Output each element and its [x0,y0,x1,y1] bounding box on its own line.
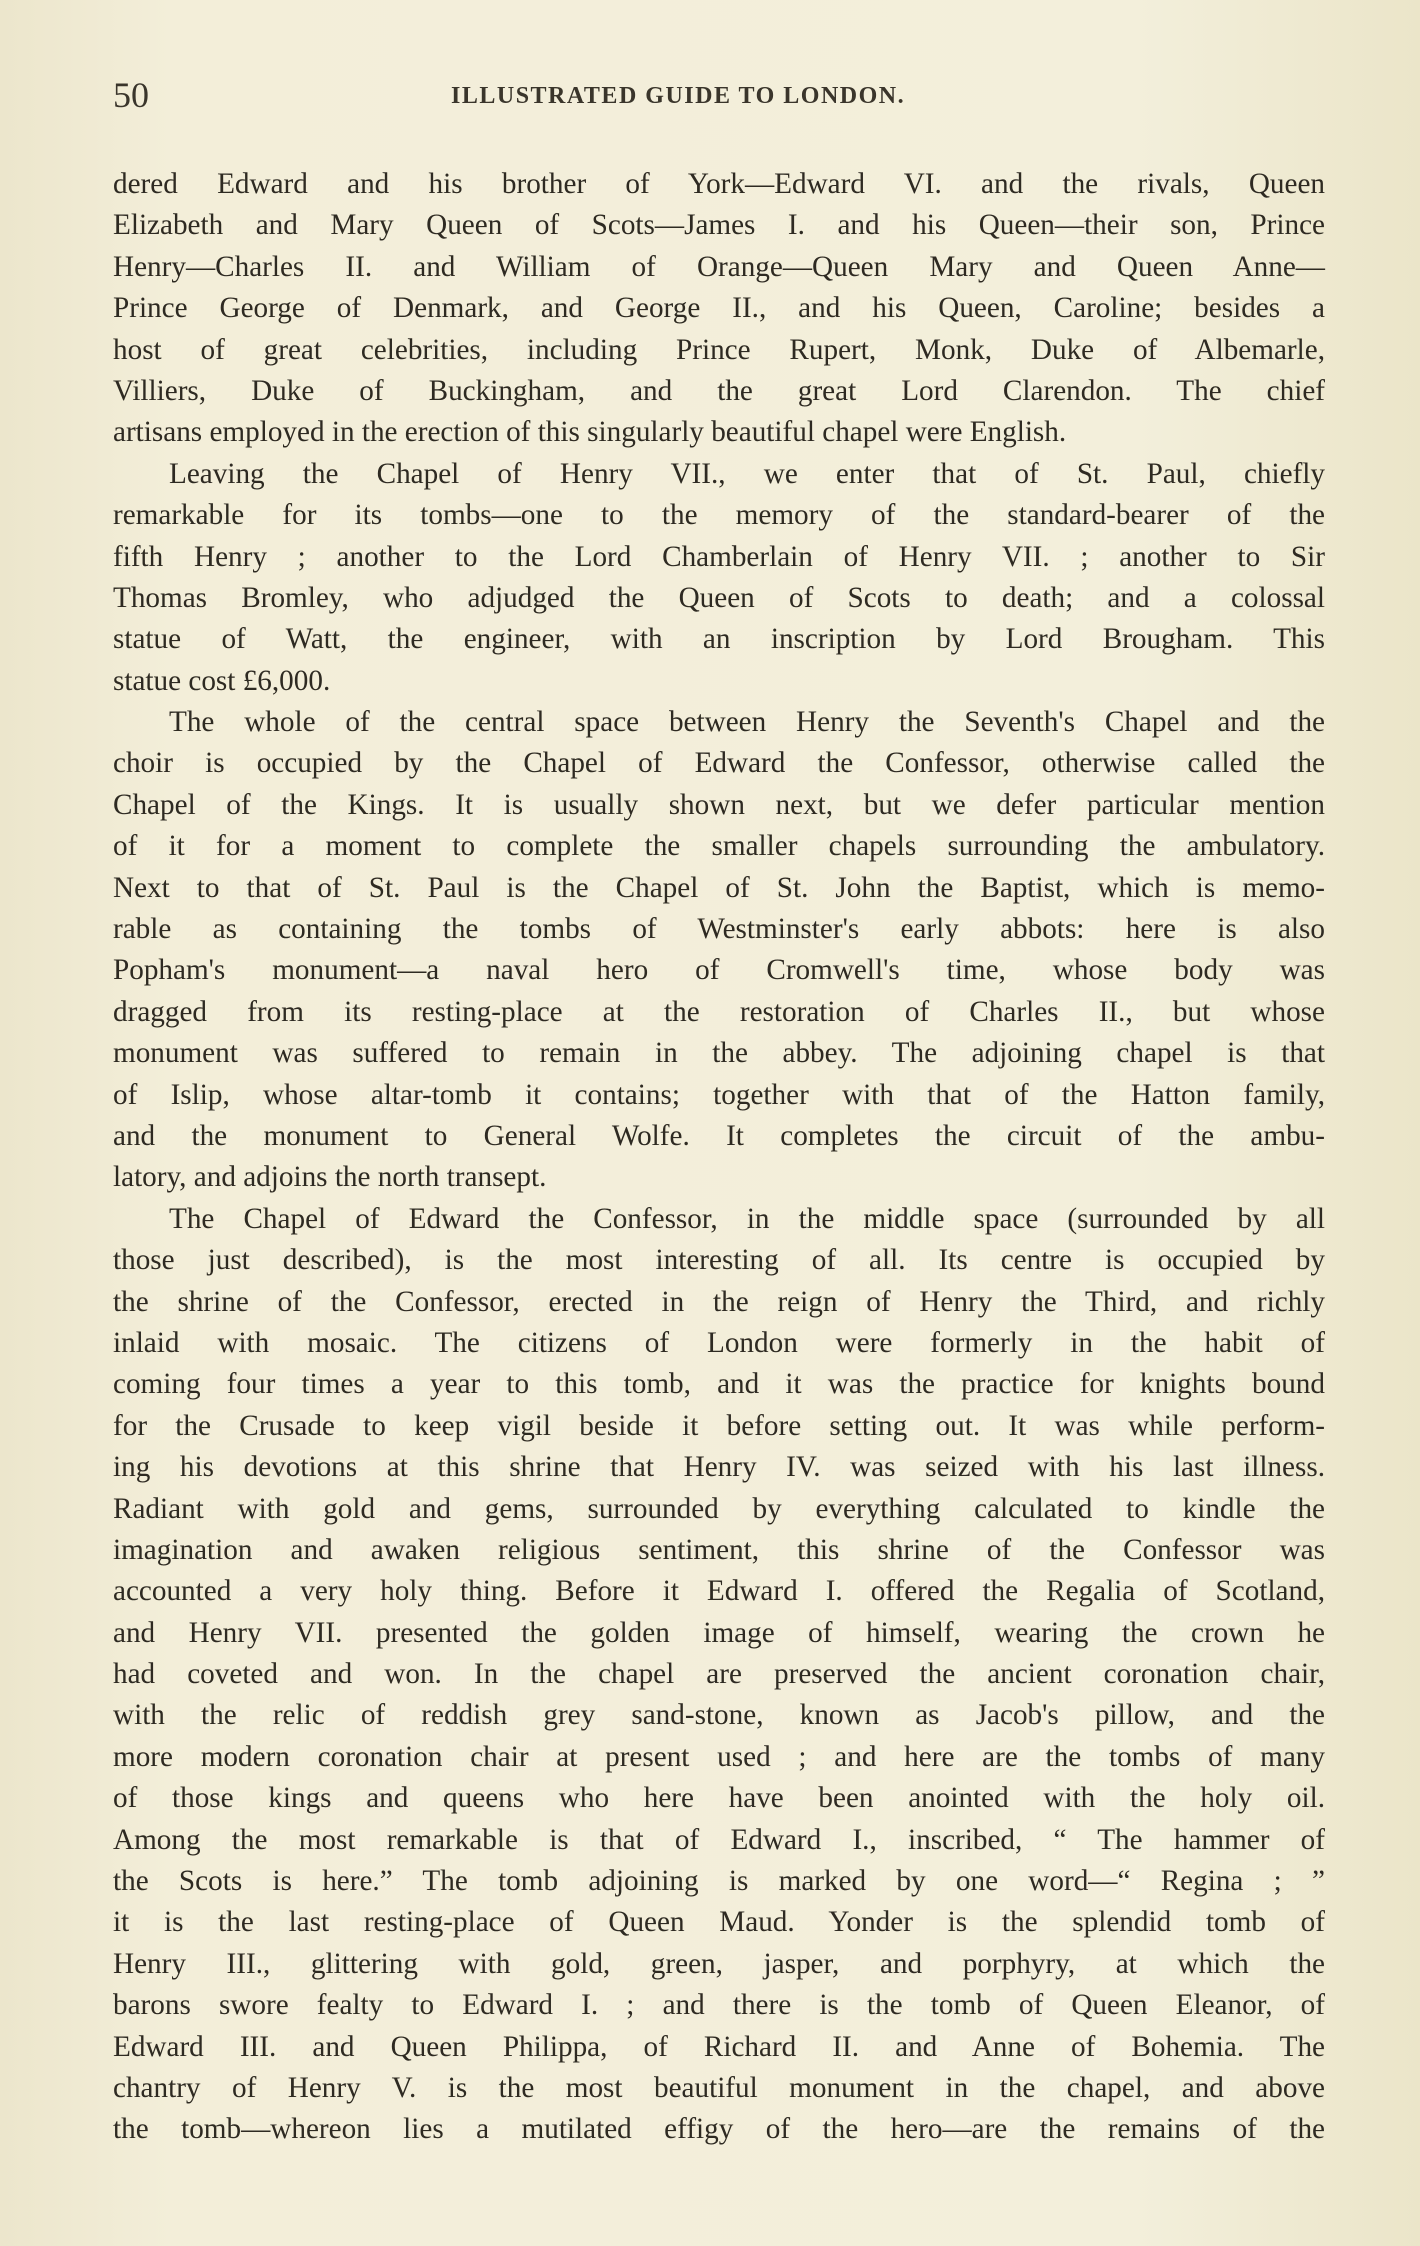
text-line: and Henry VII. presented the golden imag… [113,1613,1325,1654]
text-line: Villiers, Duke of Buckingham, and the gr… [113,371,1325,412]
text-line: had coveted and won. In the chapel are p… [113,1654,1325,1695]
paragraph: Leaving the Chapel of Henry VII., we ent… [113,454,1325,702]
text-line: Chapel of the Kings. It is usually shown… [113,785,1325,826]
text-line: Popham's monument—a naval hero of Cromwe… [113,950,1325,991]
text-line: monument was suffered to remain in the a… [113,1033,1325,1074]
text-line: those just described), is the most inter… [113,1240,1325,1281]
text-line: the shrine of the Confessor, erected in … [113,1282,1325,1323]
text-line: Prince George of Denmark, and George II.… [113,288,1325,329]
text-line: more modern coronation chair at present … [113,1737,1325,1778]
text-line: Henry—Charles II. and William of Orange—… [113,247,1325,288]
text-line: dragged from its resting-place at the re… [113,992,1325,1033]
text-line: the Scots is here.” The tomb adjoining i… [113,1861,1325,1902]
text-line: accounted a very holy thing. Before it E… [113,1571,1325,1612]
text-line: fifth Henry ; another to the Lord Chambe… [113,537,1325,578]
text-line: Elizabeth and Mary Queen of Scots—James … [113,205,1325,246]
text-line: it is the last resting-place of Queen Ma… [113,1902,1325,1943]
text-line: Radiant with gold and gems, surrounded b… [113,1489,1325,1530]
paragraph: The Chapel of Edward the Confessor, in t… [113,1199,1325,2151]
paragraph: The whole of the central space between H… [113,702,1325,1199]
text-line: imagination and awaken religious sentime… [113,1530,1325,1571]
text-line: Among the most remarkable is that of Edw… [113,1820,1325,1861]
text-line: The whole of the central space between H… [113,702,1325,743]
text-line: The Chapel of Edward the Confessor, in t… [113,1199,1325,1240]
text-line: rable as containing the tombs of Westmin… [113,909,1325,950]
page-number: 50 [113,70,149,120]
text-line: Edward III. and Queen Philippa, of Richa… [113,2027,1325,2068]
text-line: the tomb—whereon lies a mutilated effigy… [113,2109,1325,2150]
running-title: ILLUSTRATED GUIDE TO LONDON. [451,76,905,116]
text-line: remarkable for its tombs—one to the memo… [113,495,1325,536]
text-line: with the relic of reddish grey sand-ston… [113,1695,1325,1736]
text-line: statue cost £6,000. [113,661,1325,702]
text-line: artisans employed in the erection of thi… [113,412,1325,453]
text-line: host of great celebrities, including Pri… [113,330,1325,371]
text-line: Thomas Bromley, who adjudged the Queen o… [113,578,1325,619]
text-line: latory, and adjoins the north transept. [113,1157,1325,1198]
book-page: 50 ILLUSTRATED GUIDE TO LONDON. dered Ed… [113,70,1325,2151]
text-line: for the Crusade to keep vigil beside it … [113,1406,1325,1447]
text-line: of it for a moment to complete the small… [113,826,1325,867]
body-text: dered Edward and his brother of York—Edw… [113,164,1325,2151]
text-line: barons swore fealty to Edward I. ; and t… [113,1985,1325,2026]
text-line: of Islip, whose altar-tomb it contains; … [113,1075,1325,1116]
text-line: inlaid with mosaic. The citizens of Lond… [113,1323,1325,1364]
text-line: Henry III., glittering with gold, green,… [113,1944,1325,1985]
text-line: Next to that of St. Paul is the Chapel o… [113,868,1325,909]
text-line: statue of Watt, the engineer, with an in… [113,619,1325,660]
text-line: chantry of Henry V. is the most beautifu… [113,2068,1325,2109]
text-line: dered Edward and his brother of York—Edw… [113,164,1325,205]
text-line: ing his devotions at this shrine that He… [113,1447,1325,1488]
text-line: coming four times a year to this tomb, a… [113,1364,1325,1405]
text-line: choir is occupied by the Chapel of Edwar… [113,743,1325,784]
paragraph: dered Edward and his brother of York—Edw… [113,164,1325,454]
running-head: 50 ILLUSTRATED GUIDE TO LONDON. [113,70,1325,120]
text-line: of those kings and queens who here have … [113,1778,1325,1819]
text-line: Leaving the Chapel of Henry VII., we ent… [113,454,1325,495]
text-line: and the monument to General Wolfe. It co… [113,1116,1325,1157]
